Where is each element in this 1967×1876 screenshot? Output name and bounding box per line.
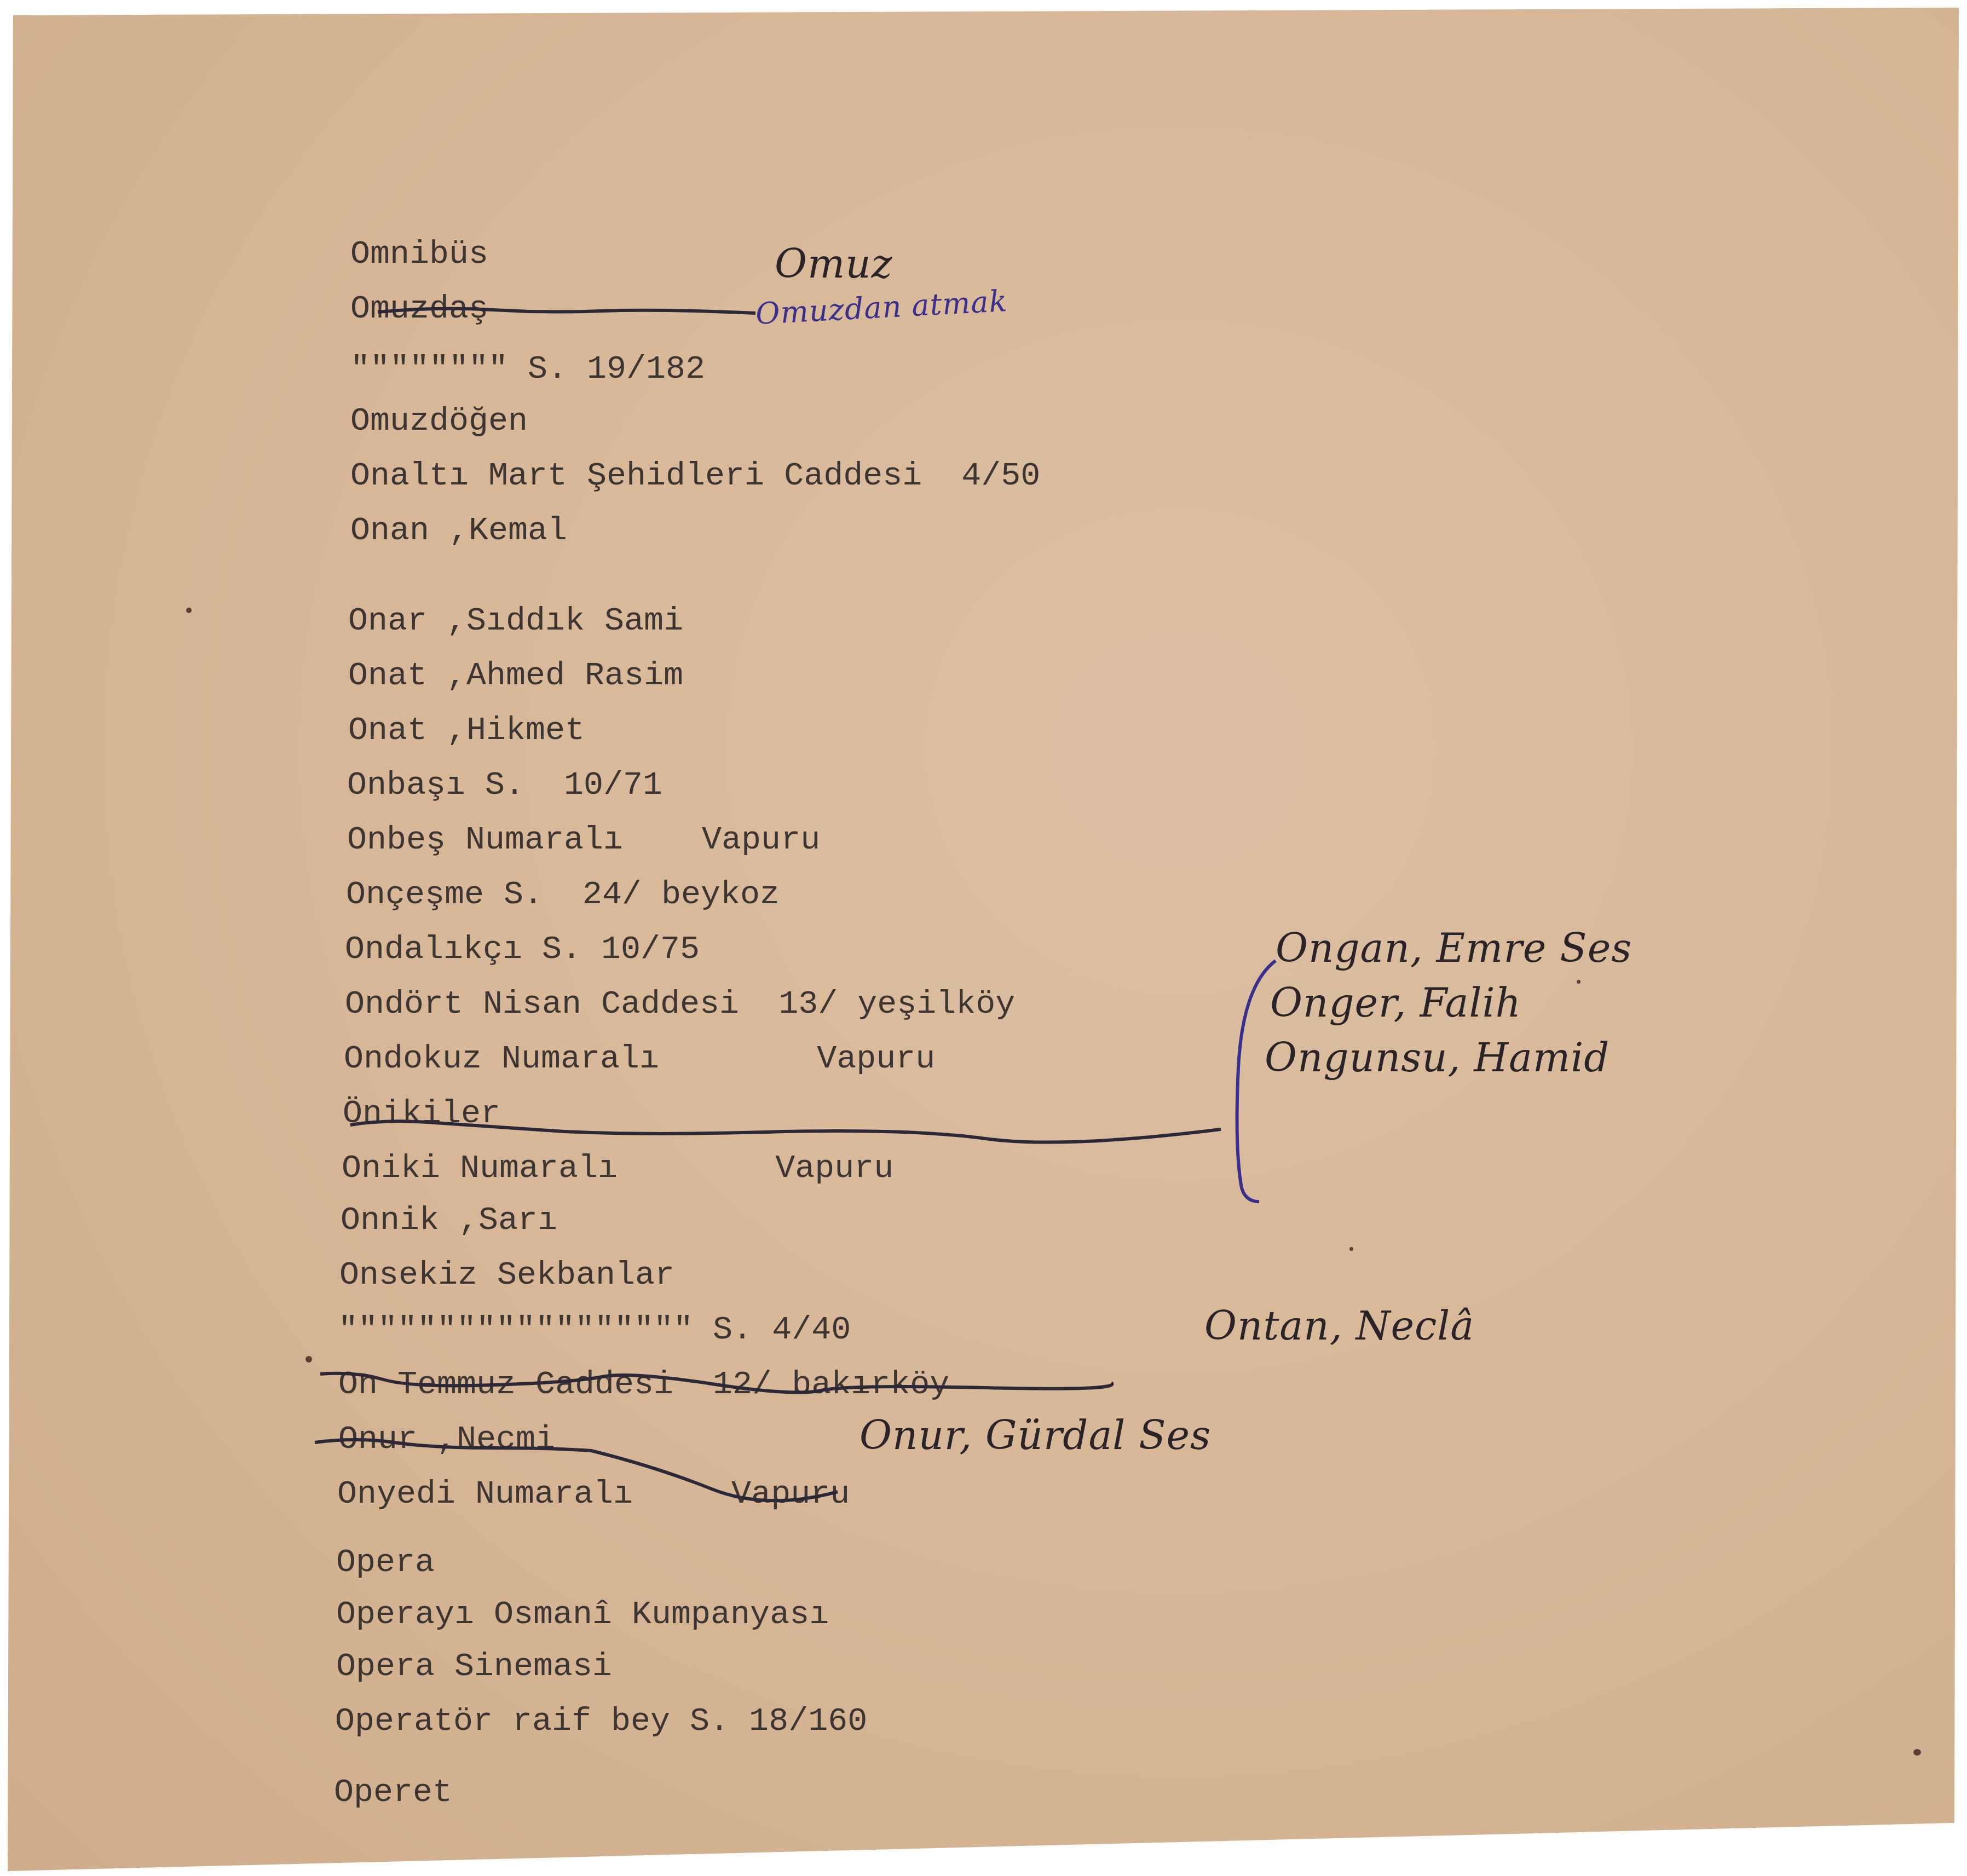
handwritten-note: Ontan, Neclâ [1204, 1303, 1474, 1349]
handwritten-note: Onur, Gürdal Ses [860, 1412, 1211, 1458]
underline-ondokuz [350, 1121, 1221, 1142]
handwritten-note: Omuz [775, 241, 893, 287]
pen-markings [0, 0, 1967, 1876]
underline-omnibus [378, 309, 755, 313]
handwritten-note: Ongan, Emre Ses [1276, 925, 1632, 971]
handwritten-note: Ongunsu, Hamid [1265, 1035, 1610, 1081]
underline-onsekiz [320, 1373, 1112, 1393]
handwritten-note: Onger, Falih [1270, 980, 1521, 1026]
underline-ontemmuz [315, 1440, 838, 1500]
